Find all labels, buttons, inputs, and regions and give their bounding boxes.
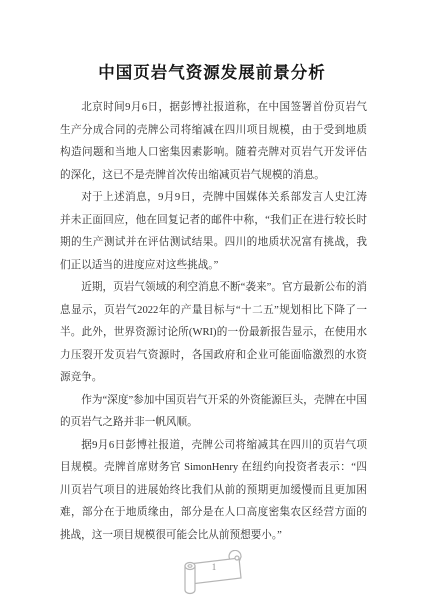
- page-number: 1: [197, 562, 231, 572]
- page-number-ornament: 1: [173, 550, 251, 598]
- paragraph: 北京时间9月6日，据彭博社报道称，在中国签署首份页岩气生产分成合同的壳牌公司将缩…: [60, 97, 367, 187]
- page-footer: 1: [0, 550, 424, 598]
- paragraph: 据9月6日彭博社报道，壳牌公司将缩减其在四川的页岩气项目规模。壳牌首席财务官 S…: [60, 435, 367, 548]
- scroll-banner-icon: [173, 550, 251, 598]
- document-body: 北京时间9月6日，据彭博社报道称，在中国签署首份页岩气生产分成合同的壳牌公司将缩…: [60, 97, 367, 547]
- paragraph: 作为“深度”参加中国页岩气开采的外资能源巨头，壳牌在中国的页岩气之路并非一帆风顺…: [60, 390, 367, 435]
- paragraph: 对于上述消息，9月9日，壳牌中国媒体关系部发言人史江涛并未正面回应，他在回复记者…: [60, 187, 367, 277]
- document-page: 中国页岩气资源发展前景分析 北京时间9月6日，据彭博社报道称，在中国签署首份页岩…: [0, 0, 424, 600]
- paragraph: 近期，页岩气领域的利空消息不断“袭来”。官方最新公布的消息显示，页岩气2022年…: [60, 277, 367, 390]
- document-title: 中国页岩气资源发展前景分析: [0, 59, 424, 83]
